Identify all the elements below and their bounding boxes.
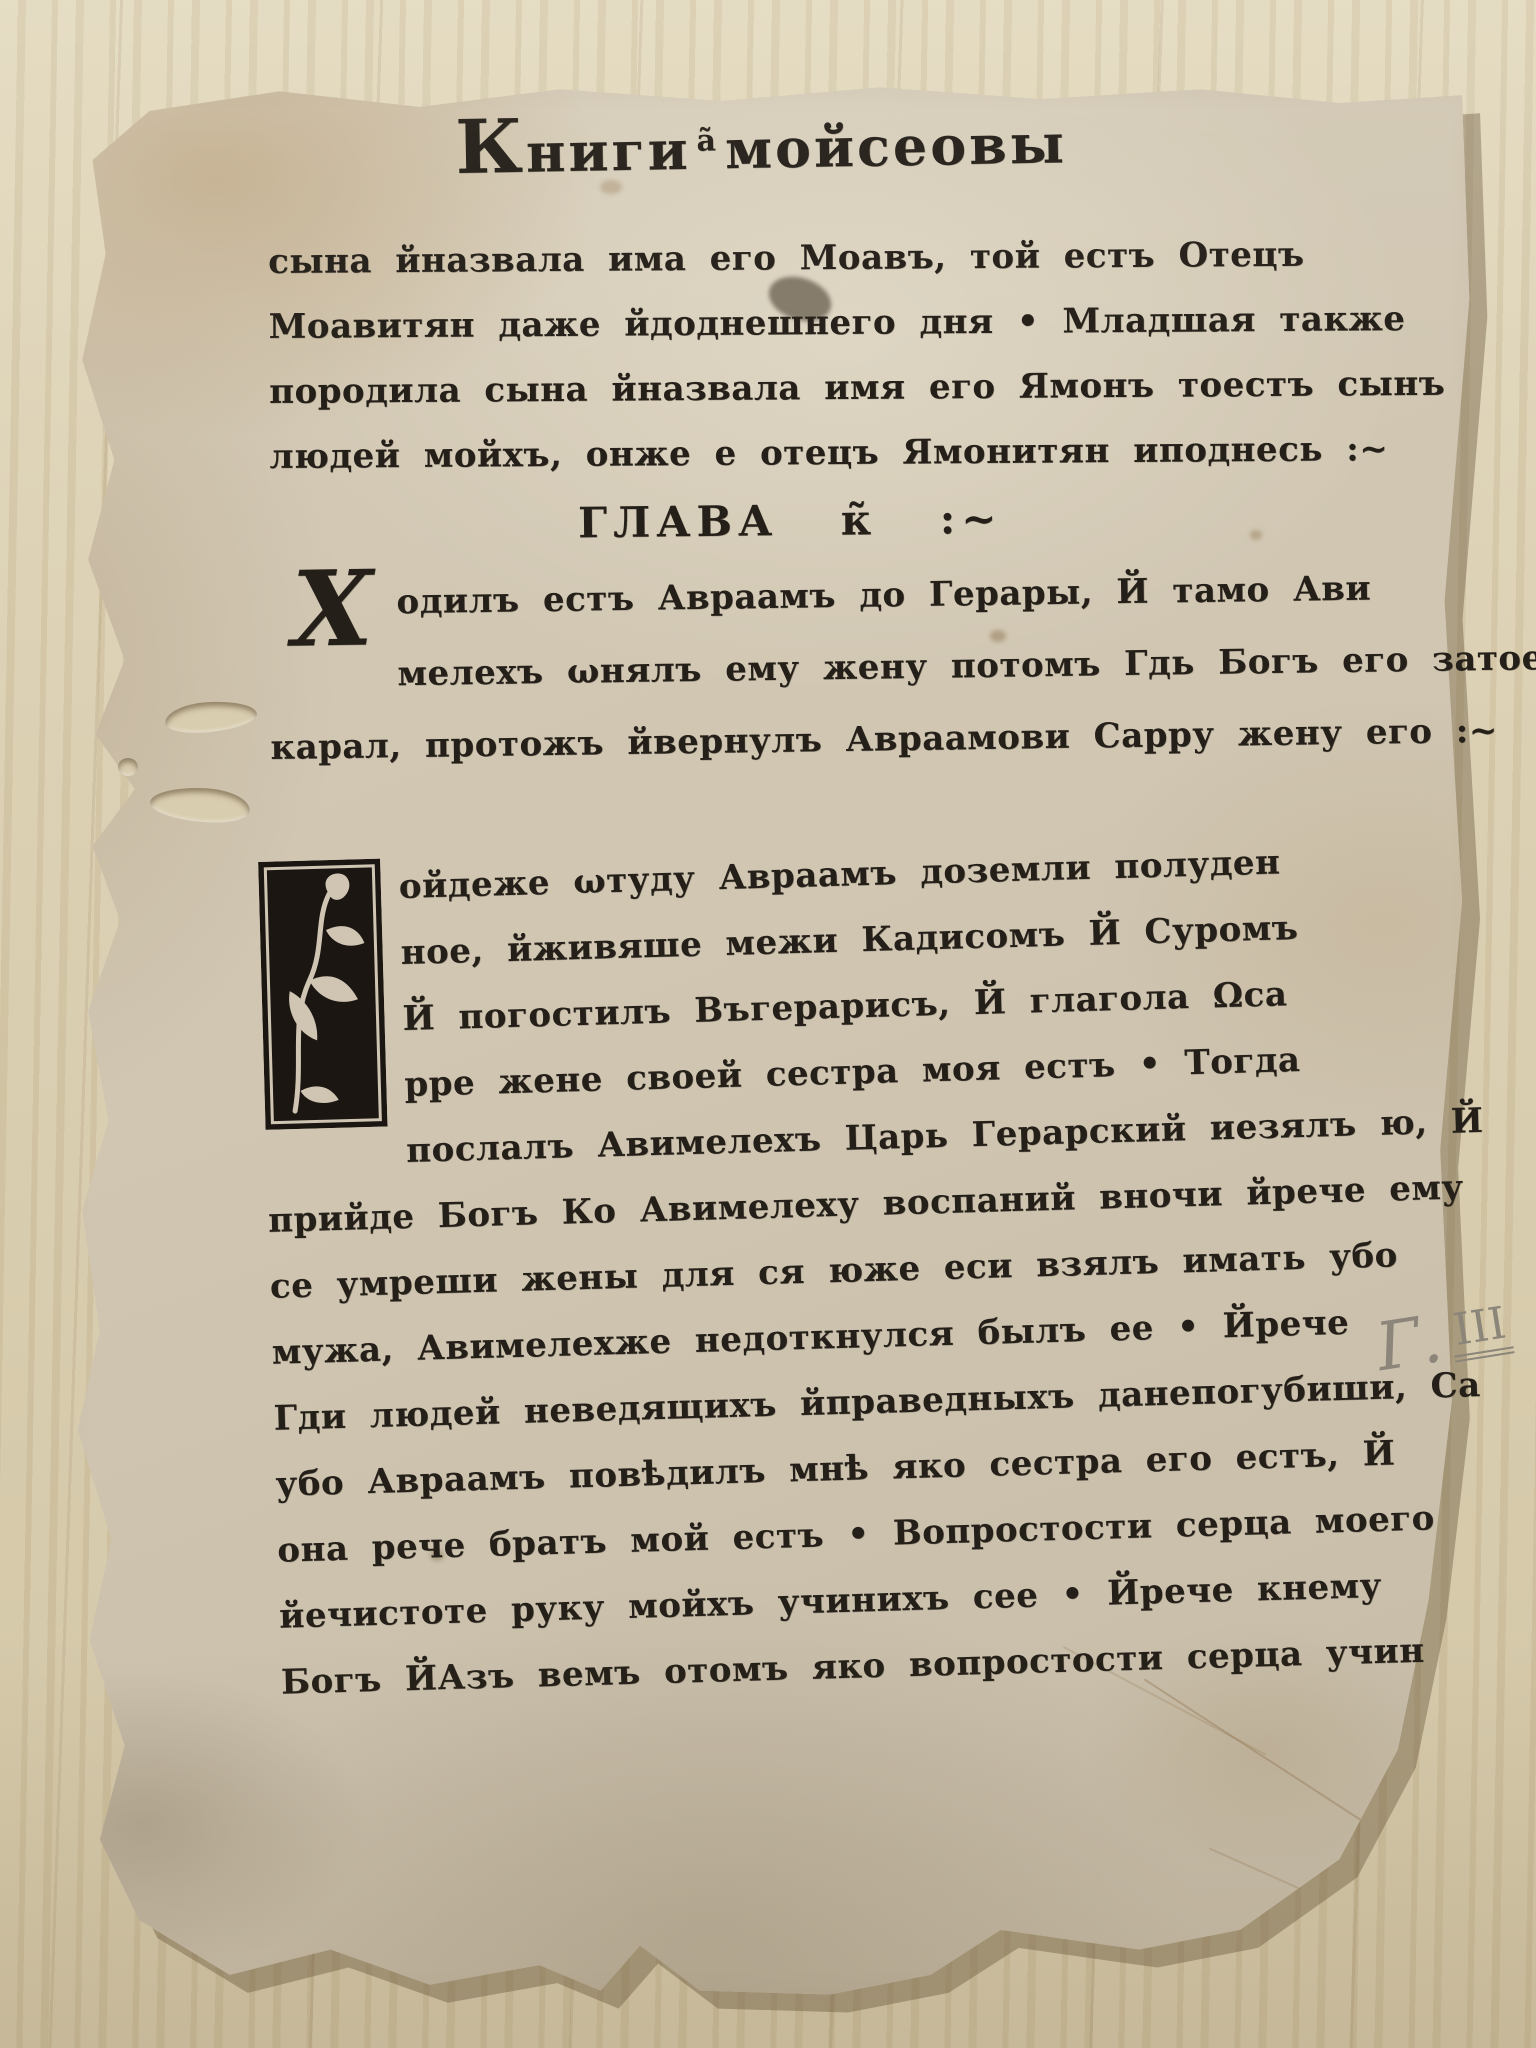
text-line: Моавитян даже йдоднешнего дня • Младшая …	[268, 287, 1438, 360]
calligraphic-initial-kh: Х	[268, 566, 397, 642]
paragraph-1: сына йназвала има его Моавъ, той естъ От…	[268, 222, 1440, 490]
foxing-spot	[1250, 530, 1262, 540]
woodcut-initial-ornament	[258, 859, 387, 1130]
title-initial: К	[455, 104, 527, 191]
title-word2: мойсеовы	[724, 111, 1067, 181]
pencil-margin-note: Г. III	[1372, 1295, 1516, 1381]
worm-hole	[118, 758, 138, 776]
text-line: сына йназвала има его Моавъ, той естъ От…	[268, 222, 1438, 295]
decorated-initial-p	[258, 859, 387, 1130]
title-book-numeral: а̃	[690, 123, 725, 159]
paragraph-3: ойдеже ωтуду Авраамъ доземли полуден ное…	[258, 825, 1471, 1716]
pencil-note-letter: Г.	[1372, 1306, 1446, 1381]
text-line: людей мойхъ, онже е отецъ Ямонитян иподн…	[269, 417, 1439, 490]
text-line: породила сына йназвала имя его Ямонъ тое…	[269, 352, 1439, 425]
pencil-note-roman-numeral: III	[1447, 1301, 1515, 1363]
chapter-heading: ГЛАВА к̃ :~	[420, 492, 1160, 549]
paper-crease	[1144, 1678, 1397, 1843]
title-word1: ниги	[525, 118, 691, 185]
photo-of-old-manuscript-page: Книгиа̃мойсеовы сына йназвала има его Мо…	[0, 0, 1536, 2048]
page-title: Книгиа̃мойсеовы	[455, 109, 1216, 186]
paragraph-2: Х одилъ естъ Авраамъ до Герары, Й тамо А…	[268, 552, 1451, 784]
